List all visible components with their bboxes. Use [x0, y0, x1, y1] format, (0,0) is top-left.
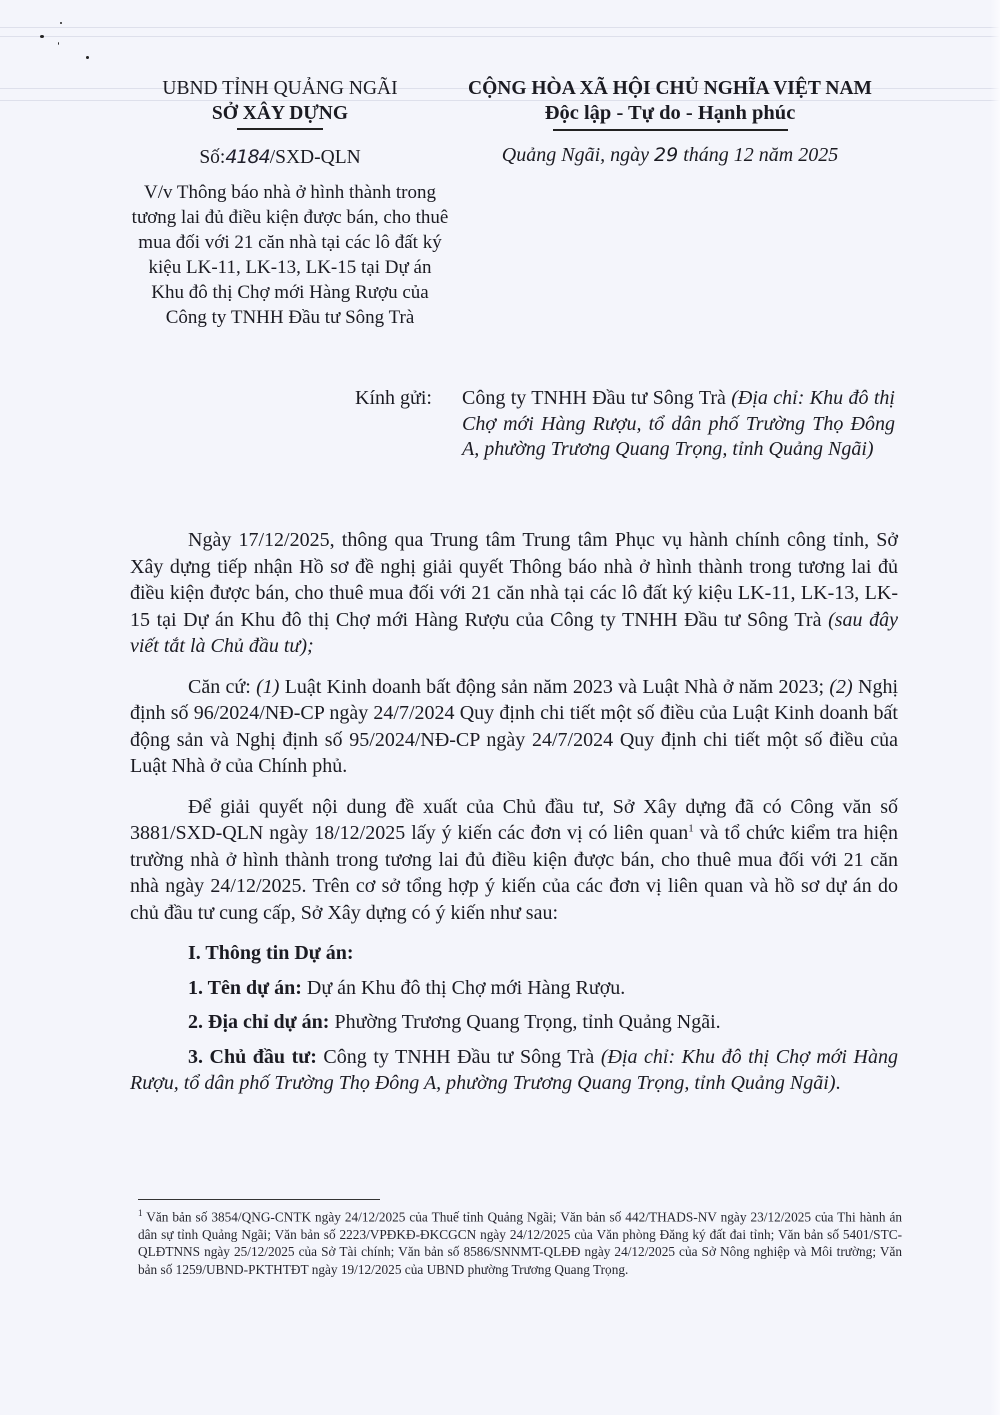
- item-label: 3. Chủ đầu tư:: [188, 1046, 317, 1068]
- place-date: Quảng Ngãi, ngày 29 tháng 12 năm 2025: [440, 142, 900, 168]
- place-date-prefix: Quảng Ngãi, ngày: [502, 144, 654, 166]
- item-label: 2. Địa chỉ dự án:: [188, 1011, 329, 1033]
- item-text: Phường Trương Quang Trọng, tỉnh Quảng Ng…: [329, 1011, 720, 1033]
- legal-basis-lead: Căn cứ:: [188, 676, 256, 698]
- place-date-suffix: tháng 12 năm 2025: [678, 144, 838, 166]
- agency-name: SỞ XÂY DỰNG: [130, 101, 430, 126]
- scan-speck: [58, 42, 59, 45]
- doc-number-prefix: Số:: [199, 147, 225, 168]
- parent-agency: UBND TỈNH QUẢNG NGÃI: [130, 76, 430, 101]
- item-tail: .: [836, 1072, 841, 1094]
- recipient-address: Công ty TNHH Đầu tư Sông Trà (Địa chỉ: K…: [462, 386, 895, 463]
- document-body: Ngày 17/12/2025, thông qua Trung tâm Tru…: [130, 527, 898, 1105]
- national-header-block: CỘNG HÒA XÃ HỘI CHỦ NGHĨA VIỆT NAM Độc l…: [440, 76, 900, 168]
- motto-underline: [553, 129, 788, 131]
- item-label: 1. Tên dự án:: [188, 977, 302, 999]
- project-item-investor: 3. Chủ đầu tư: Công ty TNHH Đầu tư Sông …: [130, 1044, 898, 1097]
- document-page: UBND TỈNH QUẢNG NGÃI SỞ XÂY DỰNG Số:4184…: [0, 0, 1000, 1415]
- item-text: Công ty TNHH Đầu tư Sông Trà: [317, 1046, 601, 1068]
- project-item-name: 1. Tên dự án: Dự án Khu đô thị Chợ mới H…: [130, 975, 898, 1002]
- place-date-day-handwritten: 29: [654, 144, 678, 166]
- doc-number-suffix: /SXD-QLN: [270, 147, 361, 168]
- legal-basis-num-2: (2): [829, 676, 852, 698]
- paragraph-intro: Ngày 17/12/2025, thông qua Trung tâm Tru…: [130, 527, 898, 660]
- recipient-label: Kính gửi:: [355, 386, 432, 412]
- document-number: Số:4184/SXD-QLN: [130, 144, 430, 171]
- recipient-block: Kính gửi: Công ty TNHH Đầu tư Sông Trà (…: [355, 386, 895, 463]
- paragraph-legal-basis: Căn cứ: (1) Luật Kinh doanh bất động sản…: [130, 674, 898, 780]
- issuing-agency-block: UBND TỈNH QUẢNG NGÃI SỞ XÂY DỰNG Số:4184…: [130, 76, 430, 171]
- project-item-address: 2. Địa chỉ dự án: Phường Trương Quang Tr…: [130, 1009, 898, 1036]
- footnote-text: Văn bản số 3854/QNG-CNTK ngày 24/12/2025…: [138, 1209, 902, 1277]
- paragraph-opinion: Để giải quyết nội dung đề xuất của Chủ đ…: [130, 794, 898, 927]
- section-title: I. Thông tin Dự án:: [130, 940, 898, 967]
- footnote-separator: [138, 1199, 380, 1200]
- scan-speck: [40, 35, 44, 38]
- legal-basis-text-1: Luật Kinh doanh bất động sản năm 2023 và…: [279, 676, 829, 698]
- scan-artifact: [0, 27, 1000, 28]
- item-text: Dự án Khu đô thị Chợ mới Hàng Rượu.: [302, 977, 625, 999]
- legal-basis-num-1: (1): [256, 676, 279, 698]
- agency-underline: [237, 128, 323, 130]
- doc-number-handwritten: 4184: [225, 146, 269, 168]
- national-title: CỘNG HÒA XÃ HỘI CHỦ NGHĨA VIỆT NAM: [440, 76, 900, 101]
- footnote: 1 Văn bản số 3854/QNG-CNTK ngày 24/12/20…: [138, 1205, 902, 1278]
- scan-artifact: [0, 36, 1000, 37]
- scan-speck: [60, 22, 62, 24]
- scan-speck: [86, 56, 89, 59]
- paragraph-intro-text: Ngày 17/12/2025, thông qua Trung tâm Tru…: [130, 529, 898, 631]
- national-motto: Độc lập - Tự do - Hạnh phúc: [440, 101, 900, 126]
- document-subject: V/v Thông báo nhà ở hình thành trong tươ…: [130, 180, 450, 330]
- recipient-name: Công ty TNHH Đầu tư Sông Trà: [462, 387, 731, 409]
- scan-edge: [990, 0, 1000, 1415]
